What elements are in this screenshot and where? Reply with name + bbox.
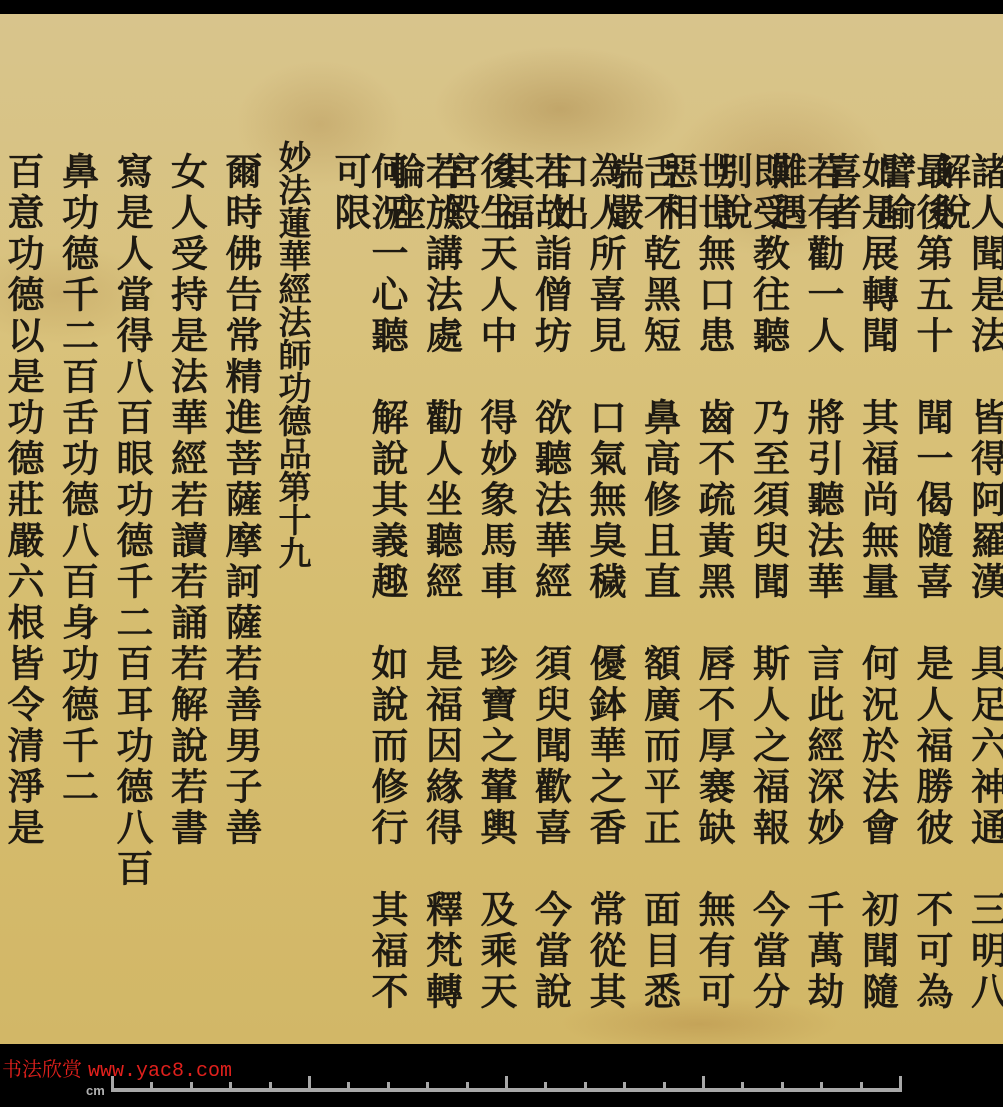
ruler-tick xyxy=(505,1076,508,1092)
watermark-text: 书法欣赏 xyxy=(2,1057,82,1081)
ruler-tick xyxy=(544,1082,547,1092)
ruler-tick xyxy=(111,1076,114,1092)
ruler-tick xyxy=(860,1082,863,1092)
ruler-tick xyxy=(623,1082,626,1092)
ruler-tick xyxy=(387,1082,390,1092)
ruler-tick xyxy=(781,1082,784,1092)
ruler-tick xyxy=(150,1082,153,1092)
ruler-tick xyxy=(702,1076,705,1092)
ruler-tick xyxy=(466,1082,469,1092)
text-column: 爾時佛告常精進菩薩摩訶薩若善男子善 xyxy=(222,152,259,849)
ruler-tick xyxy=(741,1082,744,1092)
cm-ruler xyxy=(111,1076,902,1092)
ruler-tick xyxy=(308,1076,311,1092)
ruler-tick xyxy=(190,1082,193,1092)
ruler-tick xyxy=(584,1082,587,1092)
manuscript-paper: 諸人聞是法 皆得阿羅漢 具足六神通 三明八解脫最後第五十 聞一偈隨喜 是人福勝彼… xyxy=(0,14,1003,1044)
ruler-tick xyxy=(229,1082,232,1092)
text-column: 寫是人當得八百眼功德千二百耳功德八百 xyxy=(113,152,150,890)
ruler-unit-label: cm xyxy=(86,1083,105,1098)
text-column: 何況一心聽 解說其義趣 如說而修行 其福不可限 xyxy=(331,152,405,1044)
chapter-title-column: 妙法蓮華經法師功德品第十九 xyxy=(277,140,310,569)
ruler-tick xyxy=(347,1082,350,1092)
ruler-tick xyxy=(269,1082,272,1092)
ruler-tick xyxy=(426,1082,429,1092)
text-column: 百意功德以是功德莊嚴六根皆令清淨是 xyxy=(4,152,41,849)
ruler-tick xyxy=(899,1076,902,1092)
ruler-tick xyxy=(663,1082,666,1092)
ruler-tick xyxy=(820,1082,823,1092)
text-column: 女人受持是法華經若讀若誦若解說若書 xyxy=(168,152,205,849)
text-column: 鼻功德千二百舌功德八百身功德千二 xyxy=(59,152,96,808)
